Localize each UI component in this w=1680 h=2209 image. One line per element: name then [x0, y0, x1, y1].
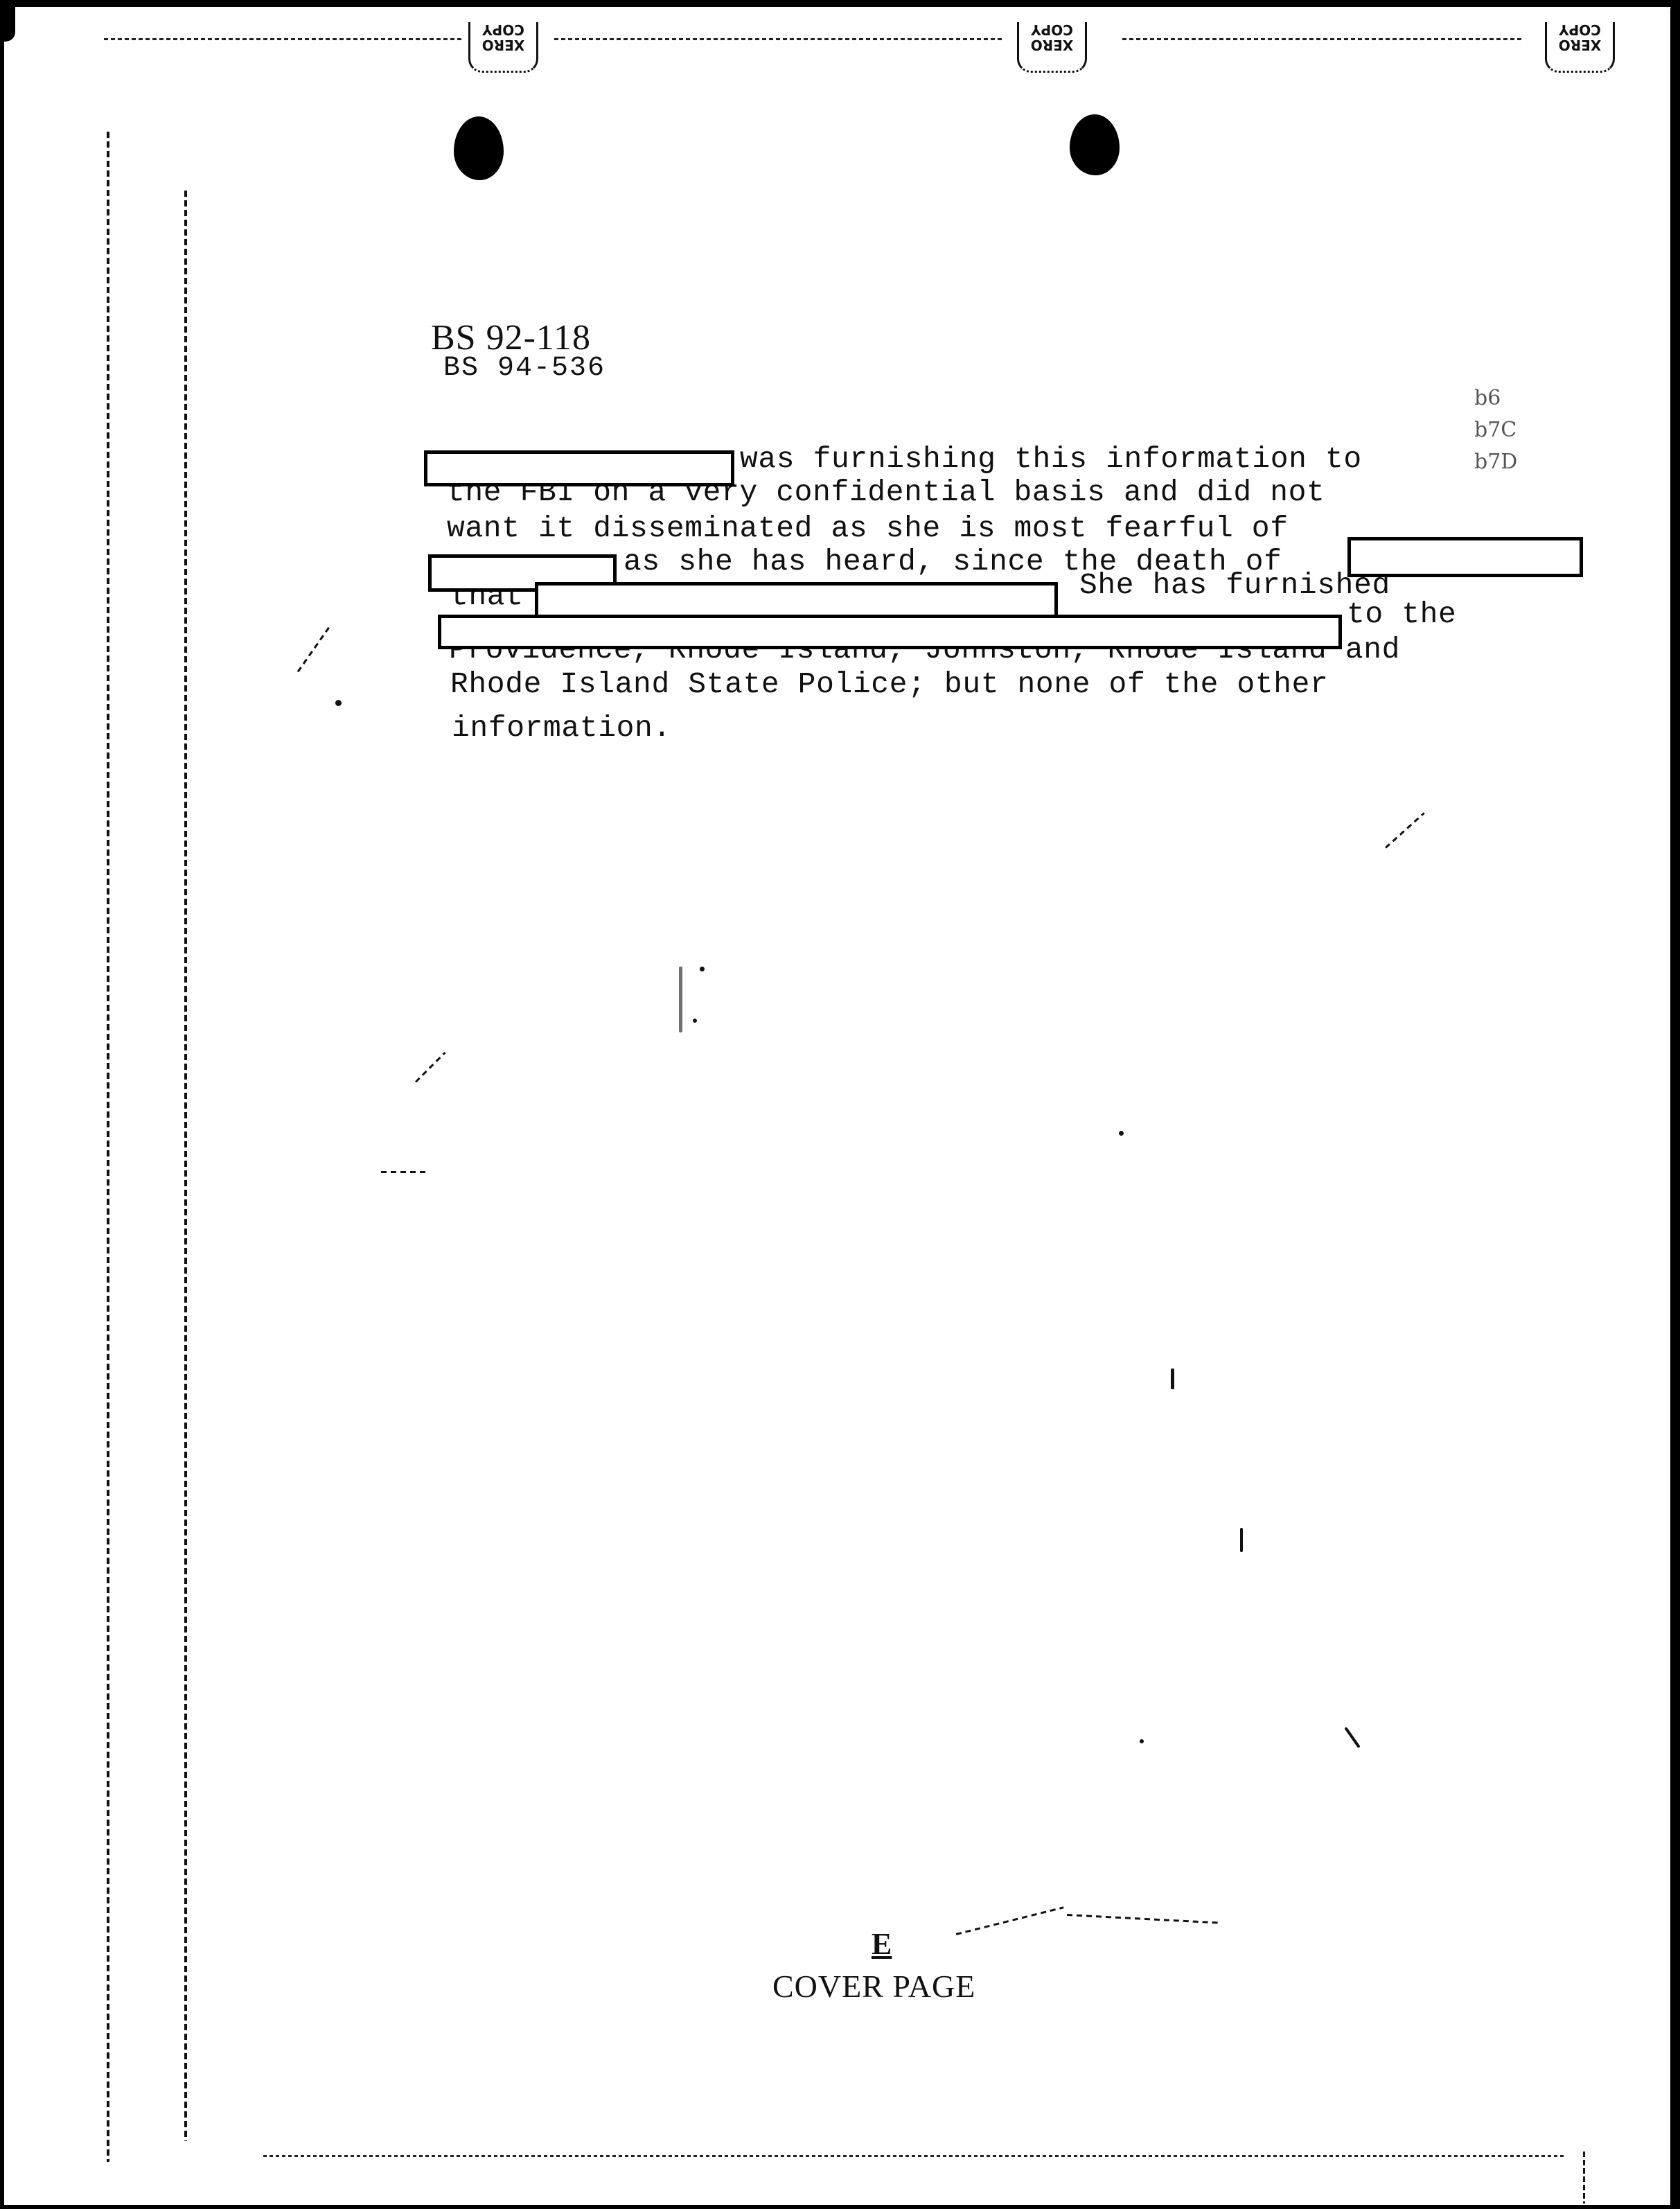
- exemption-code: b6: [1474, 382, 1517, 414]
- scanned-document-page: XERO COPY XERO COPY XERO COPY BS 92-118 …: [0, 0, 1680, 2209]
- redaction-box: [535, 582, 1058, 618]
- case-number-primary: BS 92-118: [431, 320, 591, 356]
- scan-artifact: [1067, 1914, 1219, 1924]
- scan-artifact: [297, 626, 330, 672]
- foia-exemption-codes: b6 b7C b7D: [1474, 382, 1517, 478]
- redaction-box: [1347, 537, 1583, 577]
- scan-corner: [0, 0, 15, 42]
- scan-speck: [335, 700, 342, 706]
- punch-hole: [454, 116, 504, 180]
- cover-page-label: COVER PAGE: [772, 1968, 975, 2005]
- top-rule: [104, 38, 464, 40]
- scan-artifact: [1385, 812, 1425, 848]
- top-rule: [1122, 38, 1524, 40]
- top-rule: [554, 38, 1005, 40]
- margin-line: [184, 191, 187, 2141]
- scan-speck: [1140, 1739, 1144, 1743]
- case-number-secondary: BS 94-536: [443, 355, 605, 382]
- body-line: was furnishing this information to: [740, 443, 1362, 475]
- scan-speck: [1171, 1368, 1174, 1389]
- scan-speck: [1119, 1131, 1124, 1136]
- body-line: want it disseminated as she is most fear…: [447, 513, 1289, 545]
- xerox-copy-stamp: XERO COPY: [1017, 22, 1087, 73]
- xerox-copy-stamp: XERO COPY: [468, 22, 538, 73]
- xerox-copy-stamp: XERO COPY: [1545, 22, 1615, 73]
- body-line: information.: [452, 712, 671, 744]
- scan-speck: [693, 1019, 697, 1023]
- scan-edge-left: [0, 0, 4, 2209]
- scan-edge-top: [0, 0, 1680, 7]
- scan-artifact: [381, 1171, 430, 1173]
- scan-speck: [1240, 1528, 1243, 1552]
- scan-edge-right: [1670, 0, 1680, 2209]
- body-line: to the: [1347, 599, 1456, 631]
- scan-artifact: [415, 1052, 446, 1083]
- scan-artifact: [956, 1906, 1064, 1935]
- page-marker: E: [872, 1926, 892, 1962]
- scan-speck: [700, 967, 705, 971]
- exemption-code: b7D: [1474, 446, 1517, 478]
- scan-edge-bottom: [0, 2205, 1680, 2209]
- punch-hole: [1070, 114, 1120, 175]
- scan-speck: [1344, 1727, 1360, 1748]
- scan-speck: [679, 967, 682, 1032]
- exemption-code: b7C: [1474, 414, 1517, 446]
- redaction-box: [424, 450, 734, 486]
- margin-line: [107, 132, 109, 2162]
- bottom-rule: [263, 2155, 1566, 2157]
- redaction-box: [438, 615, 1342, 649]
- body-line: Rhode Island State Police; but none of t…: [450, 669, 1328, 701]
- body-line: She has furnished: [1079, 570, 1390, 601]
- bottom-tick: [1583, 2151, 1585, 2203]
